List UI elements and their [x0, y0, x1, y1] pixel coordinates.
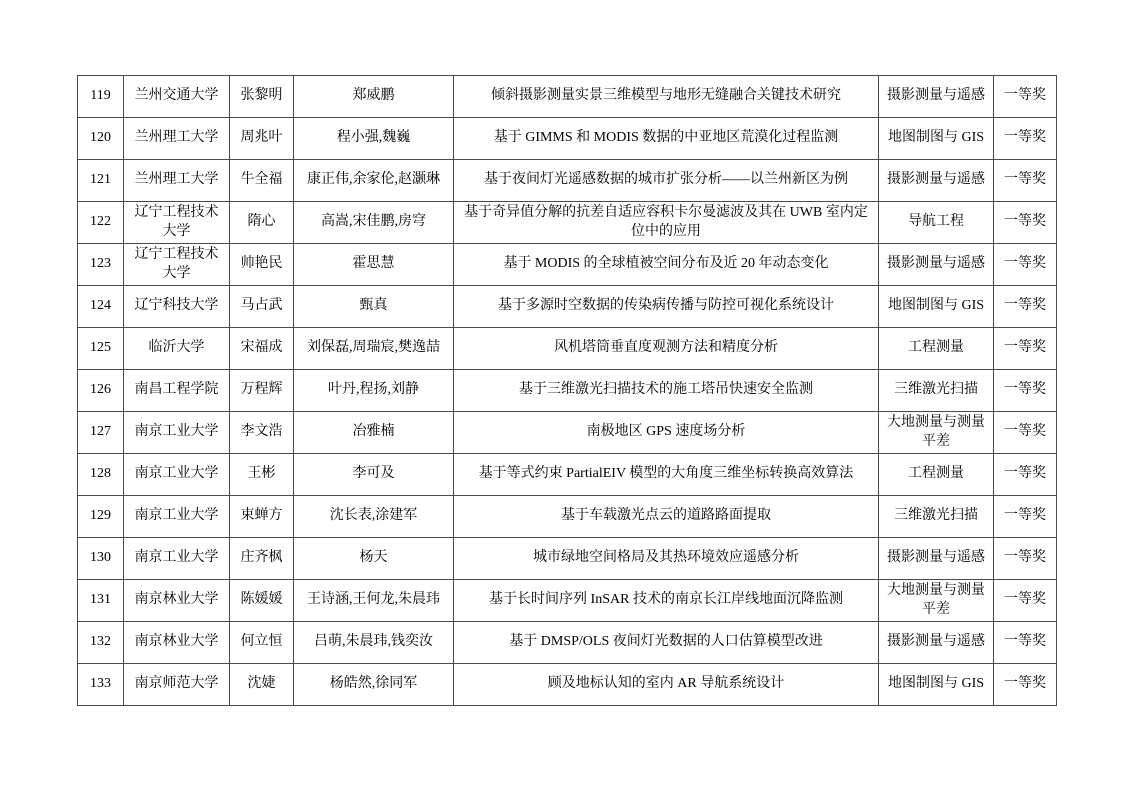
cell-category: 大地测量与测量平差: [879, 412, 994, 454]
cell-category: 摄影测量与遥感: [879, 160, 994, 202]
cell-university: 南京林业大学: [124, 580, 230, 622]
cell-leader-name: 何立恒: [230, 622, 294, 664]
cell-leader-name: 陈媛媛: [230, 580, 294, 622]
cell-entry-number: 123: [78, 244, 124, 286]
table-row: 126 南昌工程学院 万程辉 叶丹,程扬,刘静 基于三维激光扫描技术的施工塔吊快…: [78, 370, 1057, 412]
cell-project-title: 基于 DMSP/OLS 夜间灯光数据的人口估算模型改进: [454, 622, 879, 664]
cell-leader-name: 帅艳民: [230, 244, 294, 286]
cell-project-title: 基于三维激光扫描技术的施工塔吊快速安全监测: [454, 370, 879, 412]
cell-entry-number: 130: [78, 538, 124, 580]
cell-member-names: 甄真: [294, 286, 454, 328]
cell-entry-number: 121: [78, 160, 124, 202]
cell-member-names: 康正伟,余家伦,赵灏琳: [294, 160, 454, 202]
cell-award-level: 一等奖: [994, 370, 1057, 412]
cell-member-names: 郑威鹏: [294, 76, 454, 118]
document-page: 119 兰州交通大学 张黎明 郑威鹏 倾斜摄影测量实景三维模型与地形无缝融合关键…: [0, 0, 1123, 794]
cell-entry-number: 126: [78, 370, 124, 412]
cell-category: 工程测量: [879, 328, 994, 370]
cell-award-level: 一等奖: [994, 286, 1057, 328]
cell-award-level: 一等奖: [994, 538, 1057, 580]
cell-leader-name: 马占武: [230, 286, 294, 328]
cell-category: 地图制图与 GIS: [879, 286, 994, 328]
cell-university: 南京林业大学: [124, 622, 230, 664]
cell-category: 摄影测量与遥感: [879, 76, 994, 118]
cell-award-level: 一等奖: [994, 244, 1057, 286]
cell-project-title: 基于多源时空数据的传染病传播与防控可视化系统设计: [454, 286, 879, 328]
cell-entry-number: 120: [78, 118, 124, 160]
cell-category: 摄影测量与遥感: [879, 538, 994, 580]
cell-project-title: 基于 MODIS 的全球植被空间分布及近 20 年动态变化: [454, 244, 879, 286]
cell-project-title: 基于夜间灯光遥感数据的城市扩张分析——以兰州新区为例: [454, 160, 879, 202]
cell-entry-number: 122: [78, 202, 124, 244]
cell-member-names: 高嵩,宋佳鹏,房穹: [294, 202, 454, 244]
cell-project-title: 基于车载激光点云的道路路面提取: [454, 496, 879, 538]
cell-leader-name: 万程辉: [230, 370, 294, 412]
table-row: 127 南京工业大学 李文浩 冶雅楠 南极地区 GPS 速度场分析 大地测量与测…: [78, 412, 1057, 454]
cell-entry-number: 119: [78, 76, 124, 118]
cell-member-names: 吕萌,朱晨玮,钱奕汝: [294, 622, 454, 664]
cell-entry-number: 132: [78, 622, 124, 664]
cell-award-level: 一等奖: [994, 412, 1057, 454]
cell-entry-number: 131: [78, 580, 124, 622]
cell-member-names: 程小强,魏巍: [294, 118, 454, 160]
cell-category: 三维激光扫描: [879, 370, 994, 412]
cell-award-level: 一等奖: [994, 76, 1057, 118]
cell-university: 南京工业大学: [124, 538, 230, 580]
cell-entry-number: 129: [78, 496, 124, 538]
cell-category: 摄影测量与遥感: [879, 244, 994, 286]
table-row: 128 南京工业大学 王彬 李可及 基于等式约束 PartialEIV 模型的大…: [78, 454, 1057, 496]
cell-leader-name: 牛全福: [230, 160, 294, 202]
table-row: 122 辽宁工程技术大学 隋心 高嵩,宋佳鹏,房穹 基于奇异值分解的抗差自适应容…: [78, 202, 1057, 244]
cell-leader-name: 宋福成: [230, 328, 294, 370]
table-row: 121 兰州理工大学 牛全福 康正伟,余家伦,赵灏琳 基于夜间灯光遥感数据的城市…: [78, 160, 1057, 202]
cell-category: 大地测量与测量平差: [879, 580, 994, 622]
cell-project-title: 南极地区 GPS 速度场分析: [454, 412, 879, 454]
cell-member-names: 冶雅楠: [294, 412, 454, 454]
cell-award-level: 一等奖: [994, 622, 1057, 664]
cell-university: 兰州理工大学: [124, 160, 230, 202]
cell-entry-number: 133: [78, 664, 124, 706]
cell-leader-name: 隋心: [230, 202, 294, 244]
cell-member-names: 杨皓然,徐同军: [294, 664, 454, 706]
cell-award-level: 一等奖: [994, 118, 1057, 160]
cell-project-title: 基于长时间序列 InSAR 技术的南京长江岸线地面沉降监测: [454, 580, 879, 622]
cell-member-names: 王诗涵,王何龙,朱晨玮: [294, 580, 454, 622]
cell-project-title: 基于等式约束 PartialEIV 模型的大角度三维坐标转换高效算法: [454, 454, 879, 496]
table-row: 119 兰州交通大学 张黎明 郑威鹏 倾斜摄影测量实景三维模型与地形无缝融合关键…: [78, 76, 1057, 118]
cell-entry-number: 124: [78, 286, 124, 328]
cell-member-names: 叶丹,程扬,刘静: [294, 370, 454, 412]
table-row: 132 南京林业大学 何立恒 吕萌,朱晨玮,钱奕汝 基于 DMSP/OLS 夜间…: [78, 622, 1057, 664]
cell-project-title: 风机塔筒垂直度观测方法和精度分析: [454, 328, 879, 370]
cell-university: 南京工业大学: [124, 412, 230, 454]
table-row: 130 南京工业大学 庄齐枫 杨天 城市绿地空间格局及其热环境效应遥感分析 摄影…: [78, 538, 1057, 580]
cell-award-level: 一等奖: [994, 160, 1057, 202]
cell-university: 辽宁工程技术大学: [124, 202, 230, 244]
cell-leader-name: 李文浩: [230, 412, 294, 454]
table-row: 131 南京林业大学 陈媛媛 王诗涵,王何龙,朱晨玮 基于长时间序列 InSAR…: [78, 580, 1057, 622]
cell-university: 南京师范大学: [124, 664, 230, 706]
cell-leader-name: 庄齐枫: [230, 538, 294, 580]
cell-university: 南昌工程学院: [124, 370, 230, 412]
cell-university: 辽宁科技大学: [124, 286, 230, 328]
cell-category: 摄影测量与遥感: [879, 622, 994, 664]
cell-university: 兰州交通大学: [124, 76, 230, 118]
cell-project-title: 顾及地标认知的室内 AR 导航系统设计: [454, 664, 879, 706]
table-row: 129 南京工业大学 束蝉方 沈长表,涂建军 基于车载激光点云的道路路面提取 三…: [78, 496, 1057, 538]
cell-leader-name: 沈婕: [230, 664, 294, 706]
cell-entry-number: 127: [78, 412, 124, 454]
cell-award-level: 一等奖: [994, 328, 1057, 370]
cell-project-title: 基于奇异值分解的抗差自适应容积卡尔曼滤波及其在 UWB 室内定位中的应用: [454, 202, 879, 244]
table-row: 124 辽宁科技大学 马占武 甄真 基于多源时空数据的传染病传播与防控可视化系统…: [78, 286, 1057, 328]
table-row: 120 兰州理工大学 周兆叶 程小强,魏巍 基于 GIMMS 和 MODIS 数…: [78, 118, 1057, 160]
cell-university: 南京工业大学: [124, 496, 230, 538]
cell-university: 兰州理工大学: [124, 118, 230, 160]
table-row: 123 辽宁工程技术大学 帅艳民 霍思慧 基于 MODIS 的全球植被空间分布及…: [78, 244, 1057, 286]
cell-member-names: 杨天: [294, 538, 454, 580]
cell-university: 临沂大学: [124, 328, 230, 370]
table-row: 125 临沂大学 宋福成 刘保磊,周瑞宸,樊逸喆 风机塔筒垂直度观测方法和精度分…: [78, 328, 1057, 370]
cell-leader-name: 束蝉方: [230, 496, 294, 538]
cell-category: 地图制图与 GIS: [879, 118, 994, 160]
cell-member-names: 刘保磊,周瑞宸,樊逸喆: [294, 328, 454, 370]
table-row: 133 南京师范大学 沈婕 杨皓然,徐同军 顾及地标认知的室内 AR 导航系统设…: [78, 664, 1057, 706]
cell-category: 三维激光扫描: [879, 496, 994, 538]
cell-entry-number: 128: [78, 454, 124, 496]
cell-leader-name: 王彬: [230, 454, 294, 496]
cell-leader-name: 张黎明: [230, 76, 294, 118]
cell-award-level: 一等奖: [994, 454, 1057, 496]
cell-leader-name: 周兆叶: [230, 118, 294, 160]
cell-project-title: 基于 GIMMS 和 MODIS 数据的中亚地区荒漠化过程监测: [454, 118, 879, 160]
cell-entry-number: 125: [78, 328, 124, 370]
cell-category: 导航工程: [879, 202, 994, 244]
cell-member-names: 沈长表,涂建军: [294, 496, 454, 538]
cell-category: 工程测量: [879, 454, 994, 496]
cell-category: 地图制图与 GIS: [879, 664, 994, 706]
cell-project-title: 城市绿地空间格局及其热环境效应遥感分析: [454, 538, 879, 580]
cell-member-names: 霍思慧: [294, 244, 454, 286]
cell-university: 辽宁工程技术大学: [124, 244, 230, 286]
cell-project-title: 倾斜摄影测量实景三维模型与地形无缝融合关键技术研究: [454, 76, 879, 118]
cell-award-level: 一等奖: [994, 664, 1057, 706]
award-list-table: 119 兰州交通大学 张黎明 郑威鹏 倾斜摄影测量实景三维模型与地形无缝融合关键…: [77, 75, 1057, 706]
cell-award-level: 一等奖: [994, 496, 1057, 538]
cell-member-names: 李可及: [294, 454, 454, 496]
cell-university: 南京工业大学: [124, 454, 230, 496]
cell-award-level: 一等奖: [994, 580, 1057, 622]
cell-award-level: 一等奖: [994, 202, 1057, 244]
